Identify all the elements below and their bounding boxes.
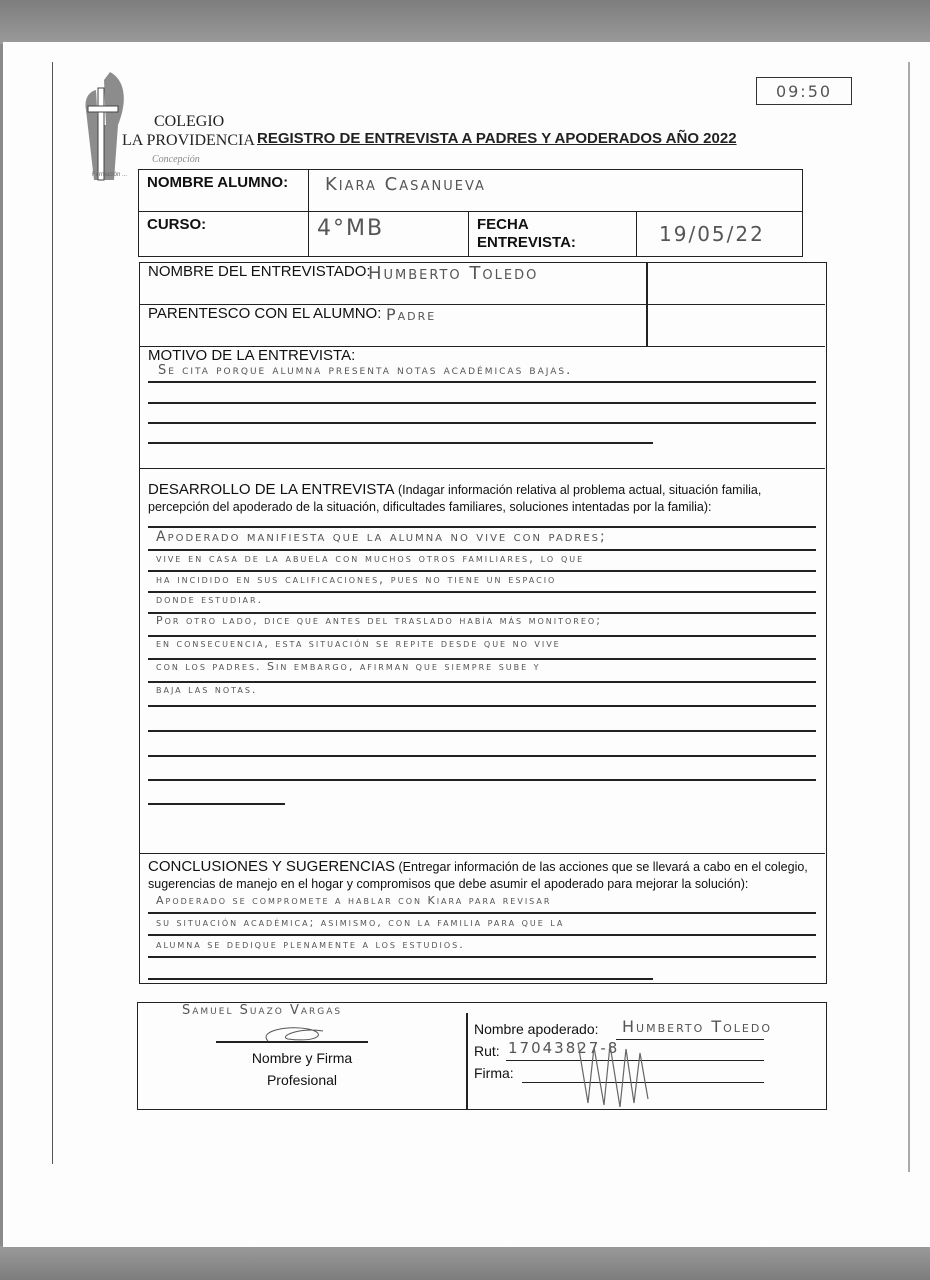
student-info-table: NOMBRE ALUMNO: Kiara Casanueva CURSO: 4°… [138,169,803,257]
desarrollo-line: Apoderado manifiesta que la alumna no vi… [156,529,607,545]
page-title: REGISTRO DE ENTREVISTA A PADRES Y APODER… [257,130,737,147]
motivo-section: MOTIVO DE LA ENTREVISTA: Se cita porque … [140,347,825,469]
conclusiones-line: su situación académica; asimismo, con la… [156,916,564,929]
interview-date-field[interactable]: 19/05/22 [637,212,803,257]
desarrollo-line: en consecuencia, esta situación se repit… [156,637,561,650]
scanner-edge-top [0,0,930,44]
signature-section: Samuel Suazo Vargas Nombre y Firma Profe… [137,1002,827,1110]
student-name-field[interactable]: Kiara Casanueva [309,170,803,212]
desarrollo-section: DESARROLLO DE LA ENTREVISTA (Indagar inf… [140,469,825,854]
desarrollo-line: baja las notas. [156,683,257,696]
scanner-edge-bottom [0,1246,930,1280]
motivo-line: Se cita porque alumna presenta notas aca… [158,363,572,378]
student-name-label-cell: NOMBRE ALUMNO: [139,170,309,212]
interview-form: NOMBRE DEL ENTREVISTADO: Humberto Toledo… [139,262,827,984]
conclusiones-line: Apoderado se compromete a hablar con Kia… [156,894,551,907]
relation-row[interactable]: PARENTESCO CON EL ALUMNO: Padre [140,305,825,347]
interview-time: 09:50 [756,77,852,105]
desarrollo-line: donde estudiar. [156,593,263,606]
desarrollo-line: Por otro lado, dice que antes del trasla… [156,614,602,627]
professional-signature-icon [248,1021,358,1047]
desarrollo-line: ha incidido en sus calificaciones, pues … [156,572,556,586]
page-margin-line [52,62,53,1164]
guardian-signature-icon[interactable] [568,1033,658,1111]
interviewee-name-row[interactable]: NOMBRE DEL ENTREVISTADO: Humberto Toledo [140,263,825,305]
course-field[interactable]: 4°MB [309,212,469,257]
conclusiones-line: alumna se dedique plenamente a los estud… [156,938,465,951]
course-label-cell: CURSO: [139,212,309,257]
desarrollo-line: con los padres. Sin embargo, afirman que… [156,660,541,673]
school-city: Concepción [152,154,200,165]
page-margin-line [908,62,910,1172]
date-label-cell: FECHA ENTREVISTA: [469,212,637,257]
school-tagline: Formación ... [92,172,127,178]
conclusiones-section: CONCLUSIONES Y SUGERENCIAS (Entregar inf… [140,854,825,982]
school-name: COLEGIO LA PROVIDENCIA [122,112,255,150]
desarrollo-line: vive en casa de la abuela con muchos otr… [156,551,584,565]
professional-name: Samuel Suazo Vargas [182,1003,342,1018]
